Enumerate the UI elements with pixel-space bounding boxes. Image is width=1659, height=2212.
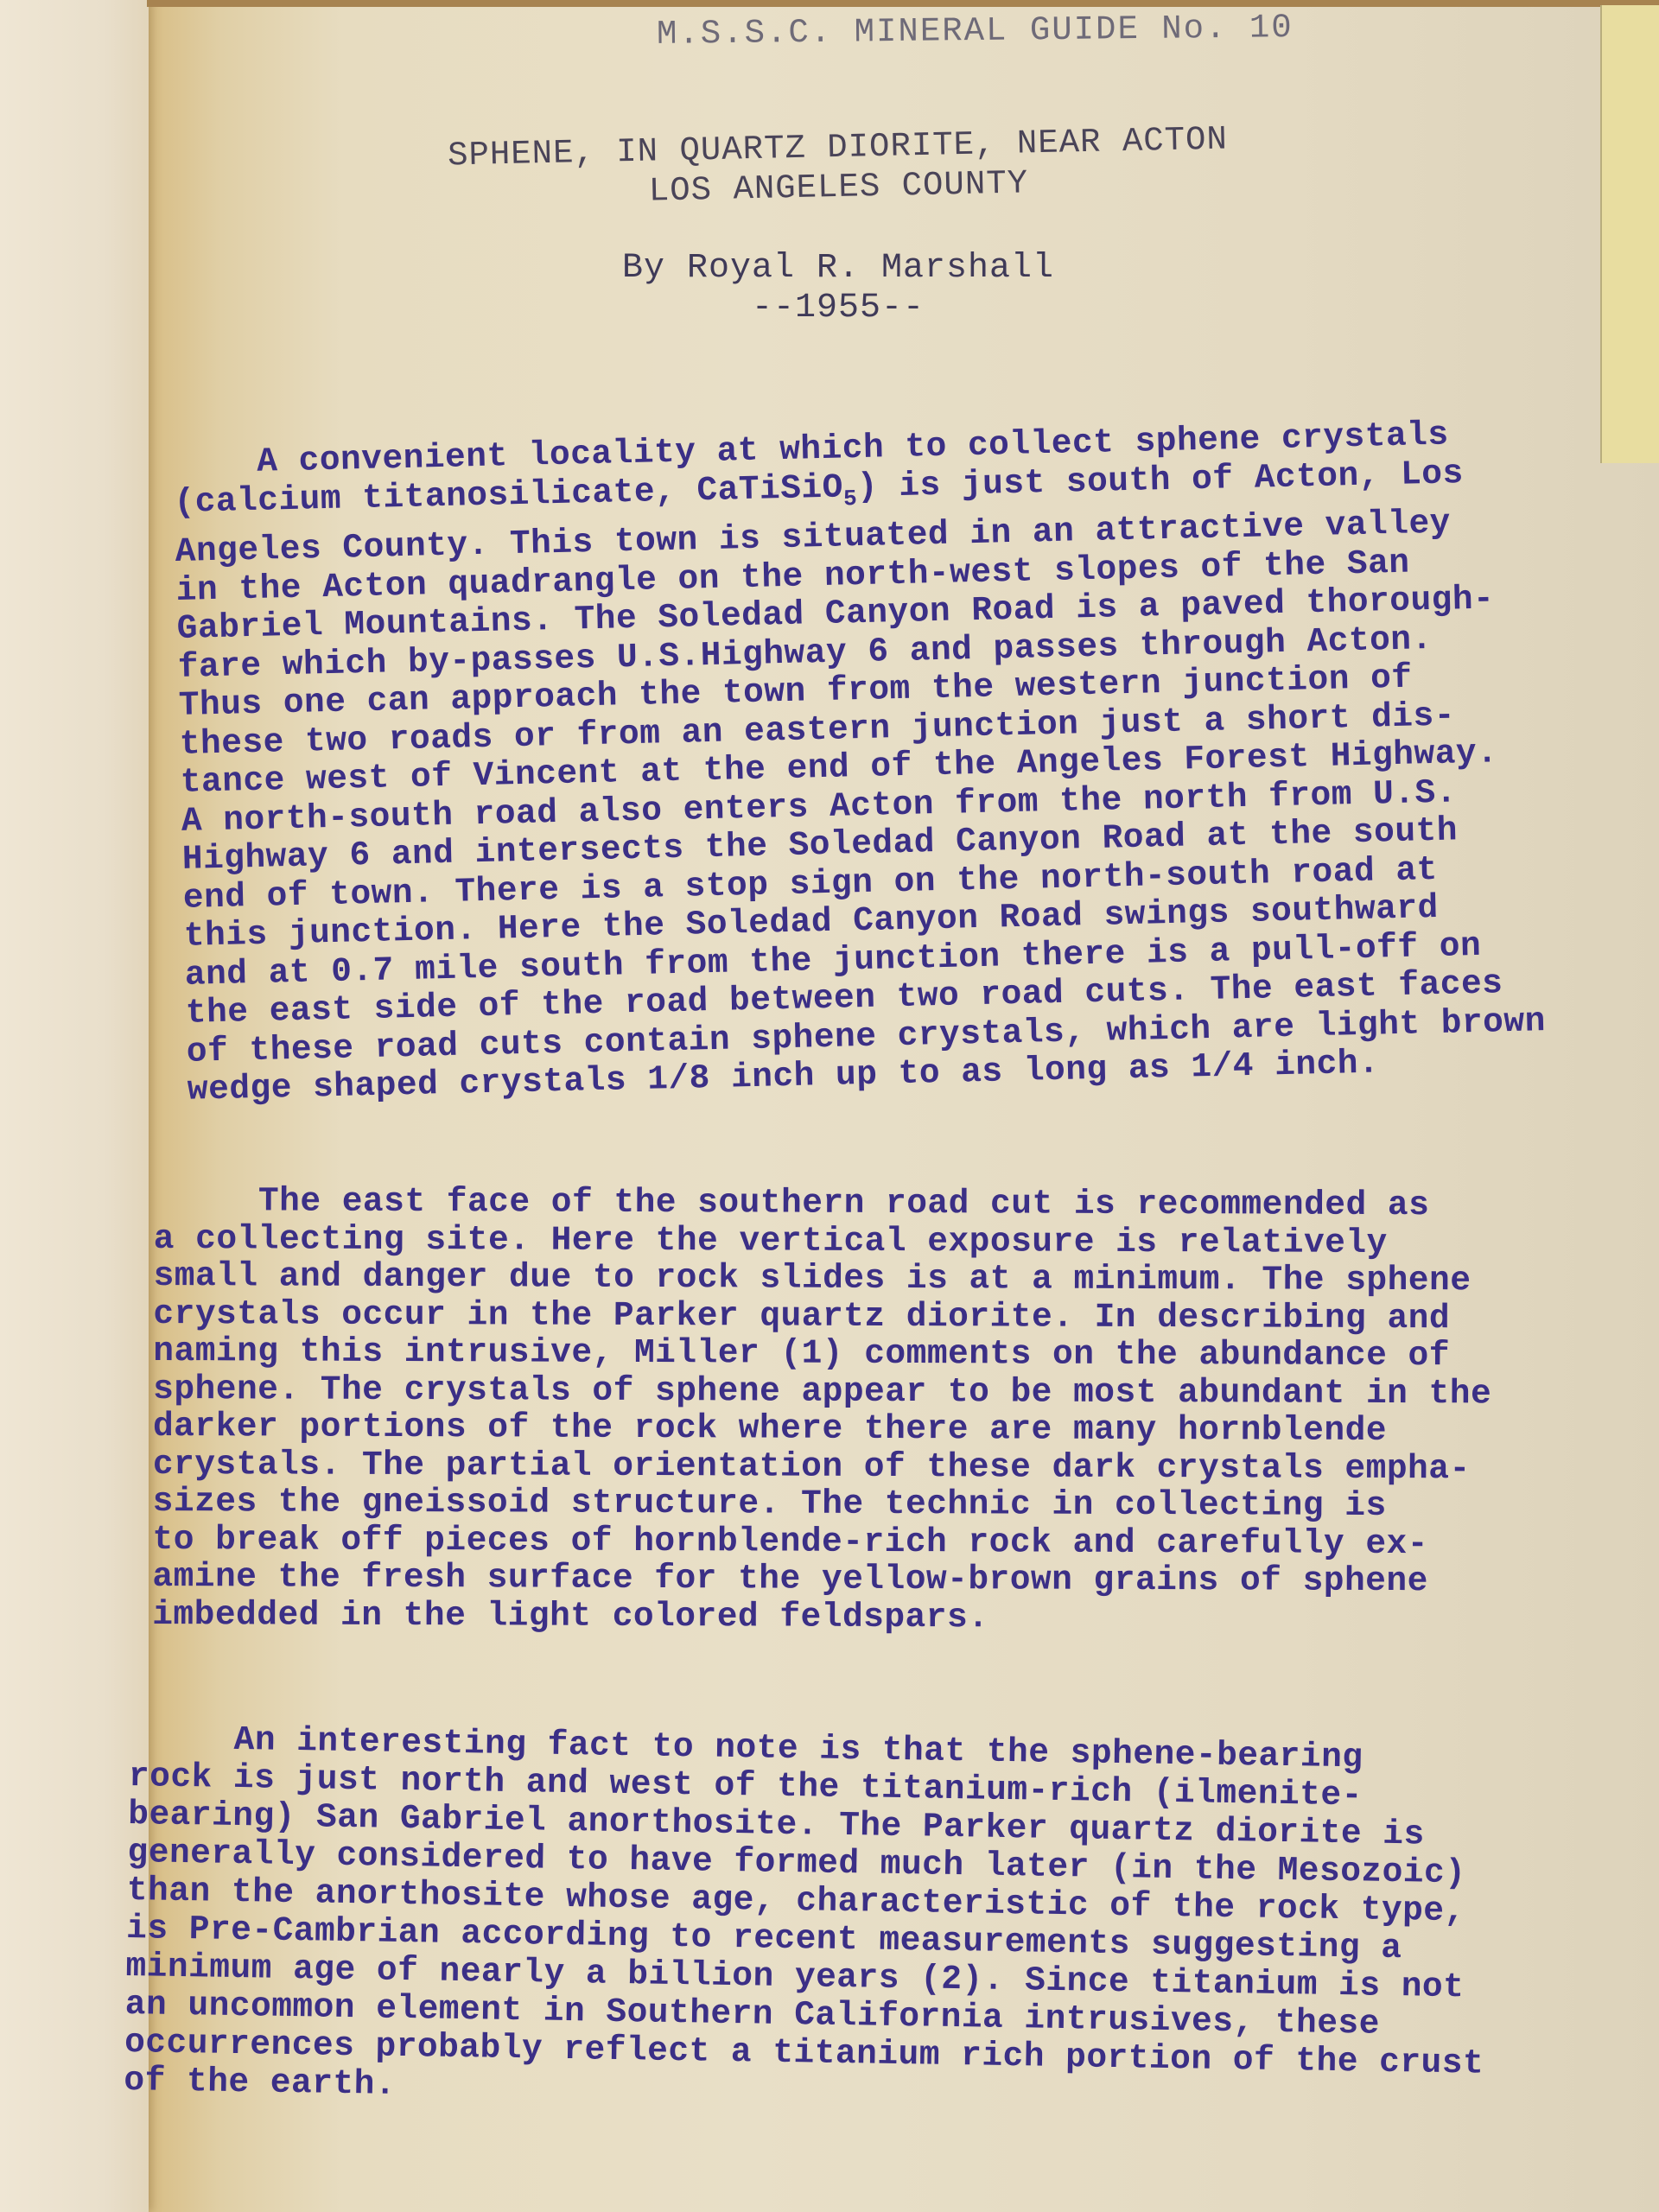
paragraph-1: A convenient locality at which to collec…	[173, 414, 1547, 1109]
document-title: SPHENE, IN QUARTZ DIORITE, NEAR ACTON LO…	[440, 119, 1236, 215]
series-header: M.S.S.C. MINERAL GUIDE No. 10	[657, 9, 1294, 54]
text-line: darker portions of the rock where there …	[153, 1408, 1491, 1450]
author-name: By Royal R. Marshall	[441, 249, 1236, 289]
text-line: naming this intrusive, Miller (1) commen…	[153, 1332, 1491, 1375]
text-line: imbedded in the light colored feldspars.	[152, 1595, 1491, 1637]
publication-year: --1955--	[441, 289, 1236, 328]
text-line: a collecting site. Here the vertical exp…	[154, 1219, 1492, 1262]
text-line: to break off pieces of hornblende-rich r…	[152, 1520, 1491, 1562]
byline: By Royal R. Marshall --1955--	[441, 249, 1236, 328]
text-line: The east face of the southern road cut i…	[154, 1182, 1492, 1224]
text-line: sphene. The crystals of sphene appear to…	[153, 1370, 1491, 1412]
text-line: crystals. The partial orientation of the…	[153, 1445, 1491, 1487]
text-line: crystals occur in the Parker quartz dior…	[153, 1294, 1491, 1337]
paragraph-3: An interesting fact to note is that the …	[124, 1719, 1489, 2121]
typewritten-document: M.S.S.C. MINERAL GUIDE No. 10 SPHENE, IN…	[130, 0, 1659, 2212]
paragraph-2: The east face of the southern road cut i…	[152, 1182, 1492, 1637]
text-line: amine the fresh surface for the yellow-b…	[152, 1558, 1491, 1600]
text-line: sizes the gneissoid structure. The techn…	[153, 1483, 1491, 1525]
text-line: small and danger due to rock slides is a…	[154, 1257, 1492, 1300]
